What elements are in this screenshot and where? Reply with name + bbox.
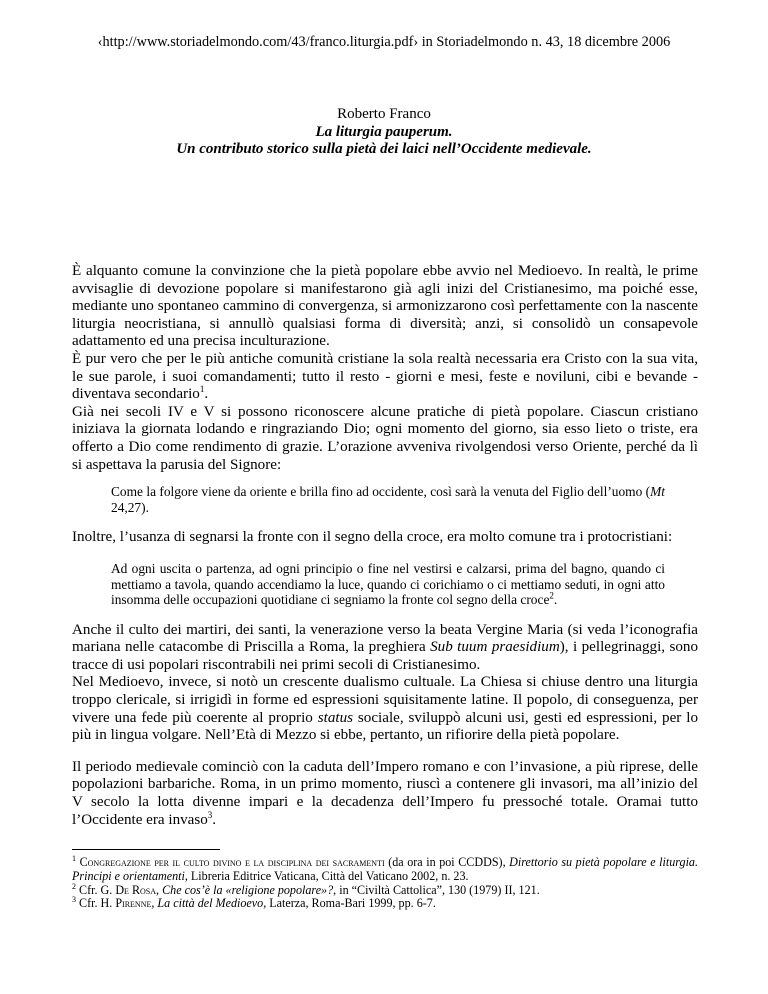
citation-header: ‹http://www.storiadelmondo.com/43/franco… <box>0 34 768 50</box>
article-body: È alquanto comune la convinzione che la … <box>72 263 698 829</box>
paragraph-2: È pur vero che per le più antiche comuni… <box>72 351 698 404</box>
title-line-1: La liturgia pauperum. <box>0 124 768 141</box>
footnote-1: 1 Congregazione per il culto divino e la… <box>72 856 698 884</box>
paragraph-5: Anche il culto dei martiri, dei santi, l… <box>72 622 698 675</box>
paragraph-7: Il periodo medievale cominciò con la cad… <box>72 759 698 829</box>
document-page: ‹http://www.storiadelmondo.com/43/franco… <box>0 0 768 994</box>
paragraph-4: Inoltre, l’usanza di segnarsi la fronte … <box>72 529 698 547</box>
footnote-3: 3 Cfr. H. Pirenne, La città del Medioevo… <box>72 897 698 911</box>
title-line-2: Un contributo storico sulla pietà dei la… <box>0 141 768 158</box>
footnotes: 1 Congregazione per il culto divino e la… <box>72 856 698 911</box>
block-quote-2: Ad ogni uscita o partenza, ad ogni princ… <box>72 561 698 608</box>
paragraph-6: Nel Medioevo, invece, si notò un crescen… <box>72 674 698 744</box>
block-quote-1: Come la folgore viene da oriente e brill… <box>72 484 698 515</box>
paragraph-1: È alquanto comune la convinzione che la … <box>72 263 698 351</box>
author-name: Roberto Franco <box>0 106 768 123</box>
footnote-separator <box>72 849 220 850</box>
article-title: La liturgia pauperum. Un contributo stor… <box>0 124 768 158</box>
paragraph-3: Già nei secoli IV e V si possono riconos… <box>72 404 698 474</box>
